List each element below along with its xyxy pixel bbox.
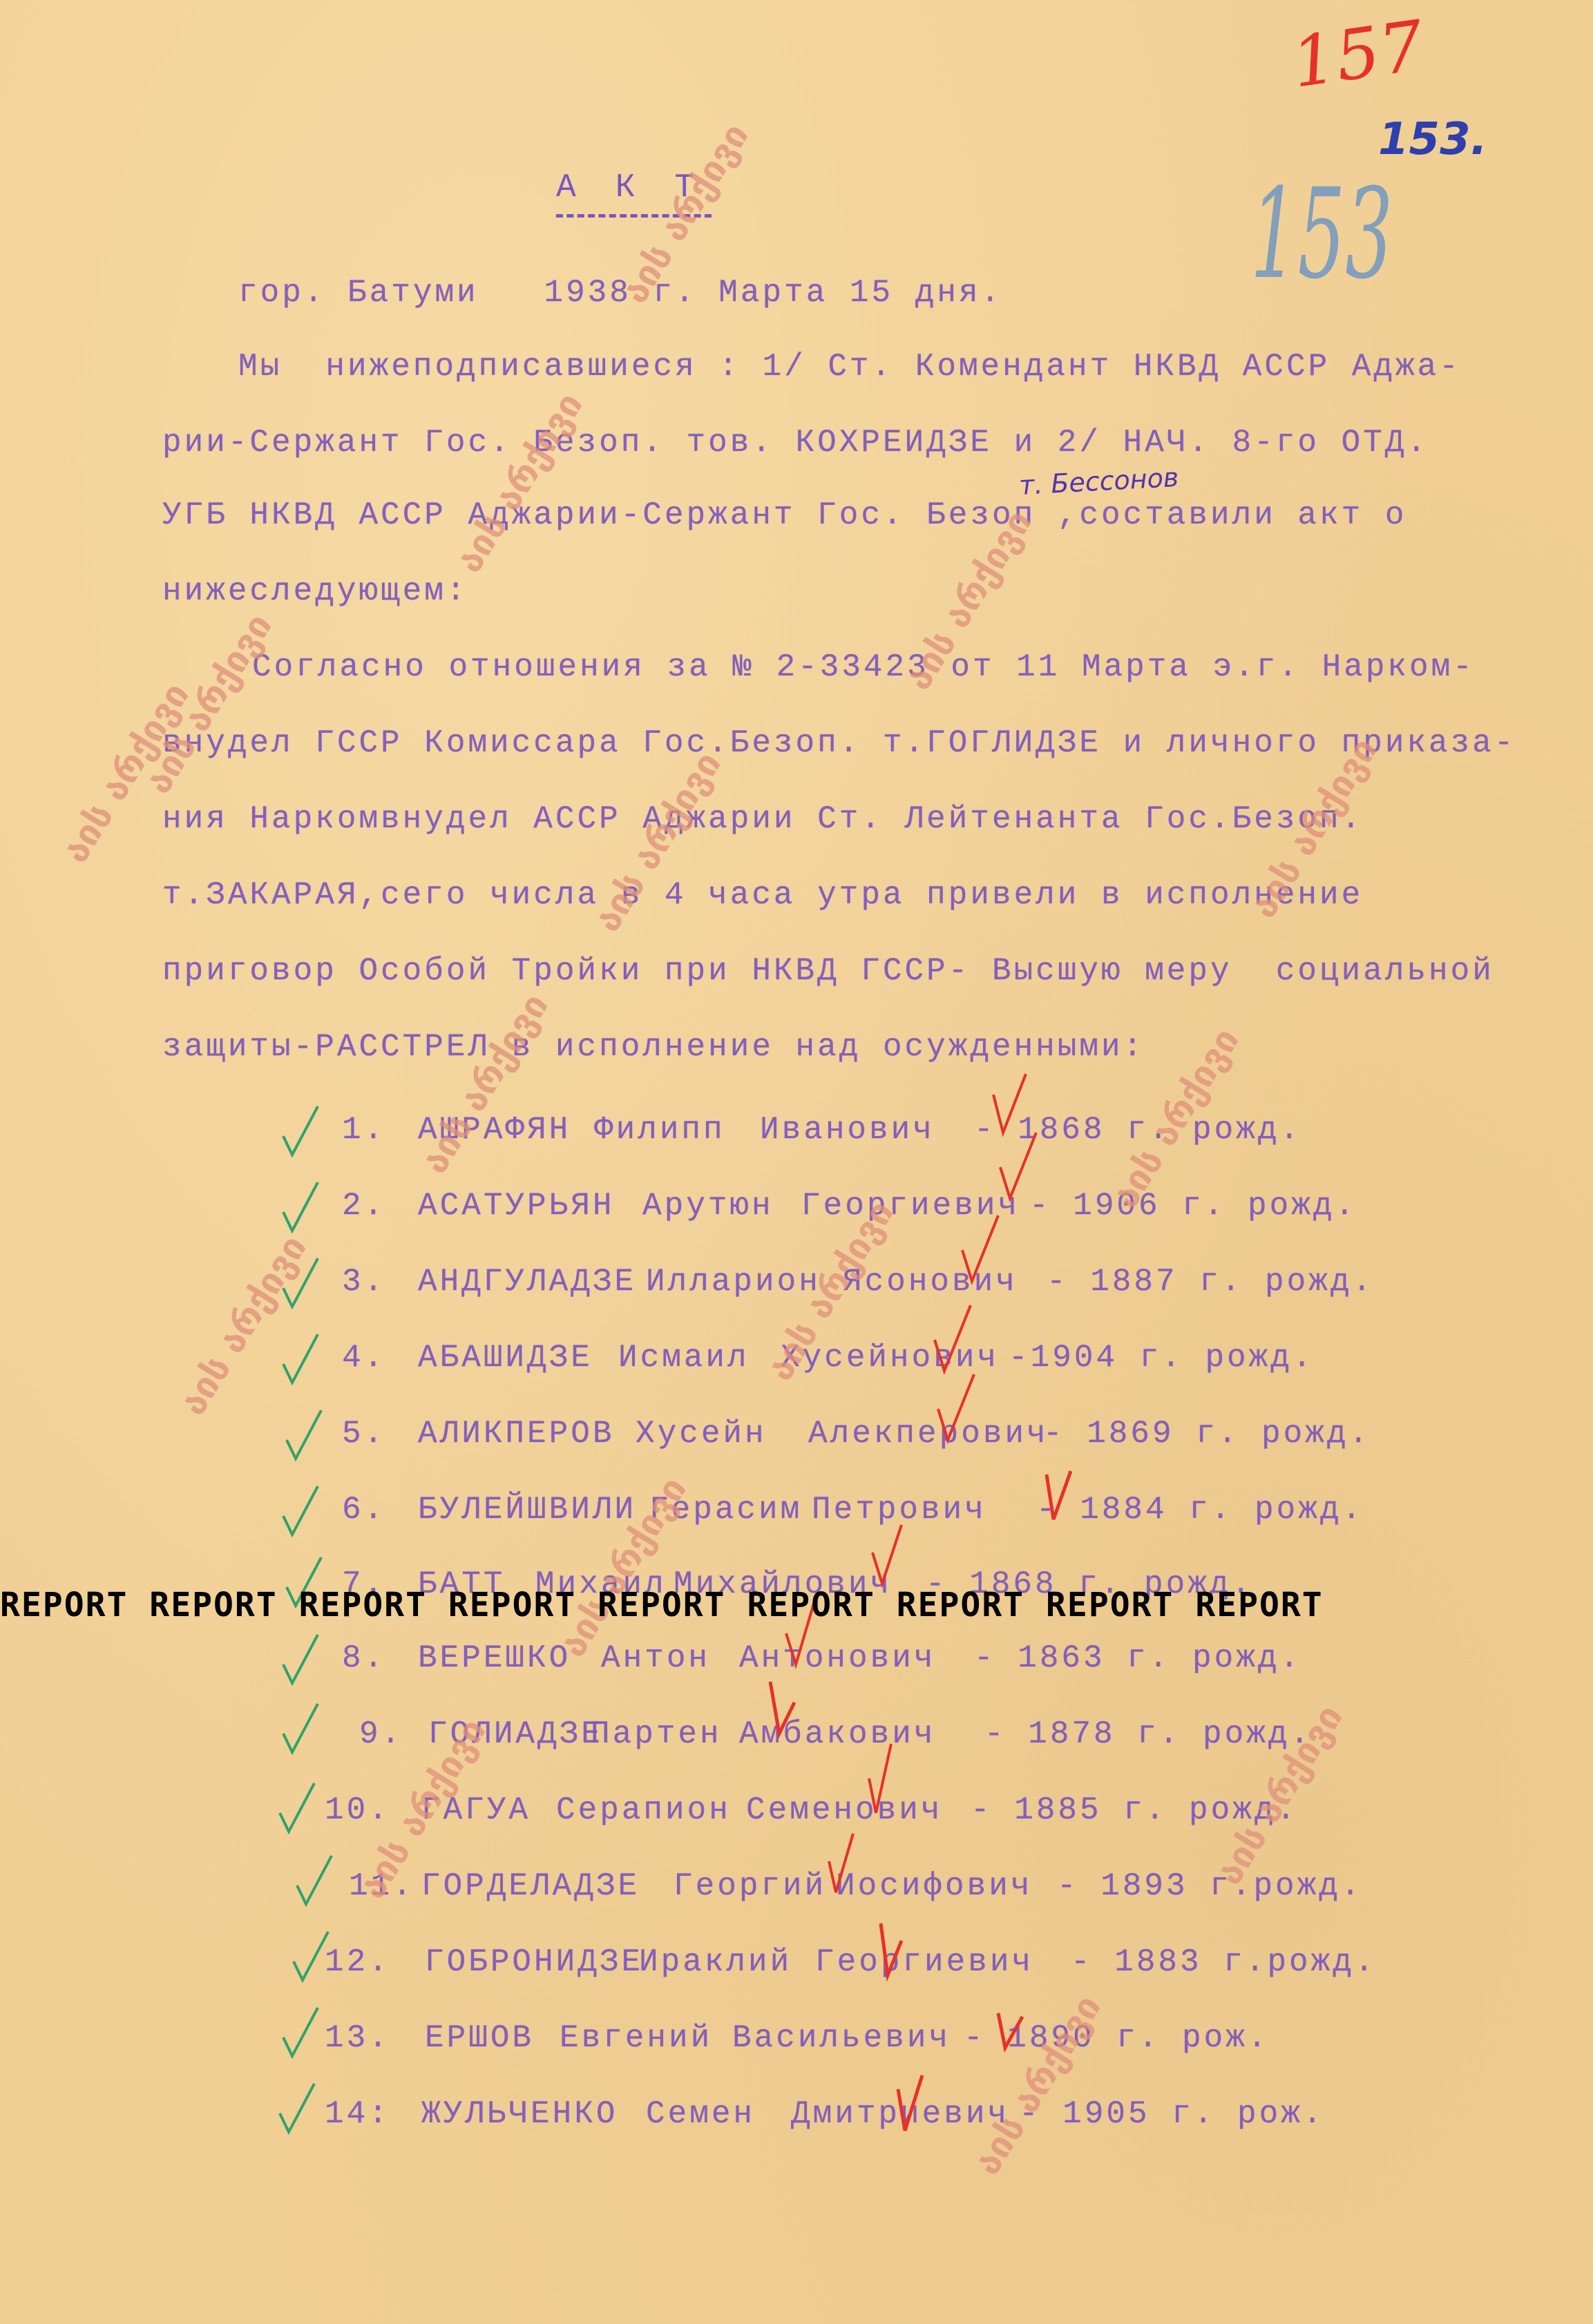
green-check-icon: [280, 1333, 321, 1388]
list-patronymic: Иванович: [760, 1112, 935, 1148]
list-num: 9.: [359, 1716, 403, 1752]
red-check-icon: [933, 1388, 974, 1443]
paragraph1-line2: рии-Сержант Гос. Безоп. тов. КОХРЕИДЗЕ и…: [162, 425, 1429, 461]
list-name: Хусейн: [636, 1416, 767, 1452]
red-check-icon: [957, 1229, 998, 1285]
list-item: 6. БУЛЕЙШВИЛИ Герасим Петрович - 1884 г.…: [0, 1492, 1593, 1554]
list-patronymic: Георгиевич: [801, 1188, 1020, 1224]
list-item: 3. АНДГУЛАДЗЕ Илларион Ясонович - 1887 г…: [0, 1264, 1593, 1326]
list-surname: АБАШИДЗЕ: [418, 1340, 593, 1376]
page-number-red: 157: [1287, 5, 1429, 103]
paragraph1-line3: УГБ НКВД АССР Аджарии-Сержант Гос. Безоп…: [162, 497, 1406, 533]
green-check-icon: [280, 2006, 321, 2062]
title-underline: [556, 214, 712, 218]
green-check-icon: [280, 1485, 321, 1540]
list-num: 12.: [325, 1944, 390, 1980]
list-num: 1.: [342, 1112, 385, 1148]
list-item: 13. ЕРШОВ Евгений Васильевич - 1890 г. р…: [0, 2020, 1593, 2082]
document-page: 157 153. 153 А К Т гор. Батуми 1938 г. М…: [0, 0, 1593, 2324]
list-surname: ВЕРЕШКО: [418, 1640, 571, 1676]
list-name: Георгий: [674, 1868, 826, 1904]
list-surname: ГОЛИАДЗЕ: [428, 1716, 603, 1752]
green-check-icon: [283, 1409, 325, 1464]
green-check-icon: [276, 2082, 318, 2138]
red-check-icon: [929, 1319, 971, 1374]
list-surname: ГОБРОНИДЗЕ: [425, 1944, 643, 1980]
red-check-icon: [1043, 1471, 1085, 1526]
list-patronymic: Семенович: [746, 1792, 942, 1828]
list-born: - 1906 г. рожд.: [1029, 1188, 1357, 1224]
document-title: А К Т: [556, 169, 704, 207]
list-surname: АНДГУЛАДЗЕ: [418, 1264, 636, 1300]
paragraph2-line3: ния Наркомвнудел АССР Аджарии Ст. Лейтен…: [162, 801, 1363, 837]
list-surname: АЛИКПЕРОВ: [418, 1416, 614, 1452]
report-overlay-band: REPORT REPORT REPORT REPORT REPORT REPOR…: [0, 1587, 1593, 1623]
green-check-icon: [280, 1105, 321, 1160]
list-born: - 1887 г. рожд.: [1047, 1264, 1374, 1300]
list-num: 3.: [342, 1264, 385, 1300]
green-check-icon: [280, 1702, 321, 1758]
list-name: Герасим: [649, 1492, 802, 1528]
list-born: - 1869 г. рожд.: [1043, 1416, 1371, 1452]
list-item: 14: ЖУЛЬЧЕНКО Семен Дмитриевич - 1905 г.…: [0, 2096, 1593, 2158]
green-check-icon: [294, 1854, 335, 1910]
paragraph1-line4: нижеследующем:: [162, 573, 468, 609]
list-born: - 1878 г. рожд.: [984, 1716, 1312, 1752]
list-num: 5.: [342, 1416, 385, 1452]
list-num: 8.: [342, 1640, 385, 1676]
list-num: 10.: [325, 1792, 390, 1828]
list-born: - 1883 г.рожд.: [1071, 1944, 1376, 1980]
paragraph1-line1: Мы нижеподписавшиеся : 1/ Ст. Комендант …: [238, 349, 1461, 385]
green-check-icon: [276, 1782, 318, 1837]
list-name: Исмаил: [618, 1340, 750, 1376]
list-patronymic: Васильевич: [732, 2020, 951, 2056]
page-number-pencil: 153: [1250, 162, 1393, 307]
paragraph2-line5: приговор Особой Тройки при НКВД ГССР- Вы…: [162, 953, 1494, 989]
red-check-icon: [826, 1841, 867, 1896]
red-check-icon: [988, 1081, 1029, 1136]
list-num: 4.: [342, 1340, 385, 1376]
list-surname: ГОРДЕЛАДЗЕ: [421, 1868, 640, 1904]
list-born: - 1885 г. рожд.: [971, 1792, 1298, 1828]
list-item: 9. ГОЛИАДЗЕ Партен Амбакович - 1878 г. р…: [0, 1716, 1593, 1778]
list-num: 14:: [325, 2096, 390, 2132]
red-check-icon: [895, 2079, 936, 2134]
list-item: 12. ГОБРОНИДЗЕ Ираклий Георгиевич - 1883…: [0, 1944, 1593, 2006]
list-name: Ираклий: [639, 1944, 792, 1980]
list-born: - 1905 г. рож.: [1019, 2096, 1324, 2132]
list-num: 11.: [349, 1868, 414, 1904]
list-item: 1. АШРАФЯН Филипп Иванович - 1868 г. рож…: [0, 1112, 1593, 1174]
list-surname: АШРАФЯН: [418, 1112, 571, 1148]
page-number-blue: 153.: [1378, 114, 1487, 165]
red-check-icon: [877, 1923, 919, 1979]
paragraph2-line2: внудел ГССР Комиссара Гос.Безоп. т.ГОГЛИ…: [162, 725, 1516, 761]
red-check-icon: [767, 1682, 808, 1737]
list-name: Серапион: [556, 1792, 731, 1828]
red-check-icon: [864, 1758, 905, 1813]
handwritten-insert: т. Бессонов: [1018, 462, 1179, 501]
list-patronymic: Петрович: [812, 1492, 986, 1528]
list-num: 13.: [325, 2020, 390, 2056]
red-check-icon: [995, 1146, 1036, 1202]
list-born: - 1893 г.рожд.: [1057, 1868, 1362, 1904]
list-name: Семен: [646, 2096, 755, 2132]
list-name: Илларион: [646, 1264, 821, 1300]
list-surname: ЖУЛЬЧЕНКО: [421, 2096, 618, 2132]
green-check-icon: [280, 1257, 321, 1312]
list-born: - 1884 г. рожд.: [1036, 1492, 1364, 1528]
paragraph2-line6: защиты-РАССТРЕЛ в исполнение над осужден…: [162, 1029, 1145, 1065]
list-name: Филипп: [594, 1112, 725, 1148]
list-surname: БУЛЕЙШВИЛИ: [418, 1492, 636, 1528]
list-name: Партен: [591, 1716, 722, 1752]
list-patronymic: Алекперович: [808, 1416, 1049, 1452]
red-check-icon: [867, 1532, 908, 1587]
archive-watermark: აის არქივი: [448, 386, 591, 580]
list-surname: ЕРШОВ: [425, 2020, 534, 2056]
red-check-icon: [995, 2010, 1036, 2065]
list-name: Арутюн: [642, 1188, 774, 1224]
list-item: 2. АСАТУРЬЯН Арутюн Георгиевич - 1906 г.…: [0, 1188, 1593, 1250]
list-item: 5. АЛИКПЕРОВ Хусейн Алекперович - 1869 г…: [0, 1416, 1593, 1478]
archive-watermark: აის არქივი: [137, 607, 280, 801]
list-patronymic: Антонович: [739, 1640, 935, 1676]
list-num: 2.: [342, 1188, 385, 1224]
list-name: Евгений: [560, 2020, 712, 2056]
list-born: - 1863 г. рожд.: [974, 1640, 1301, 1676]
list-item: 4. АБАШИДЗЕ Исмаил Хусейнович -1904 г. р…: [0, 1340, 1593, 1402]
list-surname: АСАТУРЬЯН: [418, 1188, 614, 1224]
list-item: 10. ГАГУА Серапион Семенович - 1885 г. р…: [0, 1792, 1593, 1854]
list-name: Антон: [601, 1640, 710, 1676]
list-patronymic: Георгиевич: [815, 1944, 1033, 1980]
archive-watermark: აის არქივი: [55, 676, 198, 870]
paragraph2-line4: т.ЗАКАРАЯ,сего числа в 4 часа утра приве…: [162, 877, 1363, 913]
list-num: 6.: [342, 1492, 385, 1528]
paragraph2-line1: Согласно отношения за № 2-33423 от 11 Ма…: [252, 649, 1475, 685]
list-born: -1904 г. рожд.: [1009, 1340, 1314, 1376]
green-check-icon: [280, 1633, 321, 1689]
list-surname: ГАГУА: [421, 1792, 531, 1828]
place-date: гор. Батуми 1938 г. Марта 15 дня.: [238, 275, 1002, 311]
green-check-icon: [280, 1181, 321, 1236]
list-item: 11. ГОРДЕЛАДЗЕ Георгий Иосифович - 1893 …: [0, 1868, 1593, 1930]
